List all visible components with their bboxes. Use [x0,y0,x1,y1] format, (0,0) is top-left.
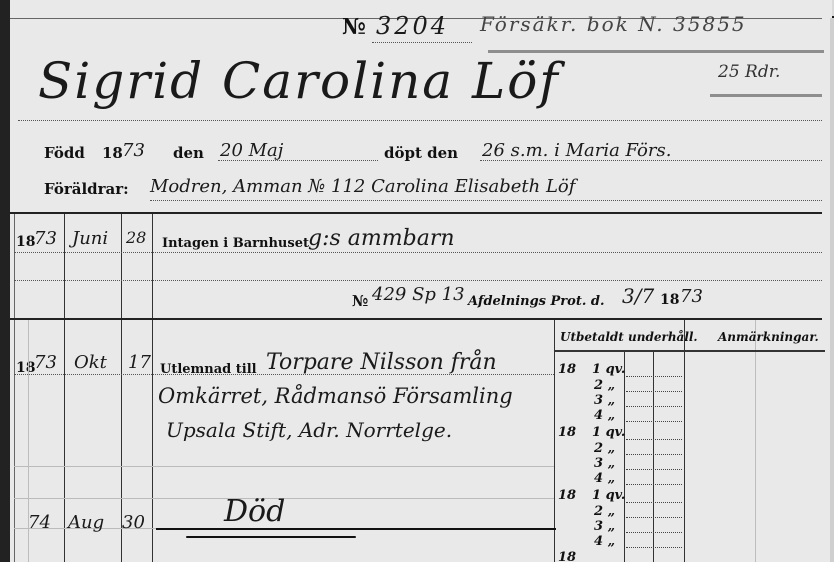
prot-date: 3/7 [622,284,654,308]
pay-year-prefix: 18 [558,425,576,440]
intake-day: 28 [126,228,146,247]
col-divider-pay-b [653,352,654,562]
born-label: Född [44,144,85,162]
quarter-label: 3 „ [594,393,615,408]
quarter-label: 4 „ [594,471,615,486]
intake-line-2 [14,280,822,281]
pay-entry-line [626,439,682,440]
placement-line-3: Upsala Stift, Adr. Norrtelge. [166,418,452,442]
placement-dotline [14,374,554,375]
parents-line [150,200,822,201]
quarter-label: 2 „ [594,504,615,519]
intake-no-value: 429 Sp 13 [372,284,465,305]
record-number-label: № [342,14,366,40]
record-number-line [372,42,472,43]
quarter-label: 2 „ [594,441,615,456]
placement-month: Okt [74,352,107,373]
col-divider-year [64,214,65,562]
pay-entry-line [626,391,682,392]
pay-entry-line [626,517,682,518]
page-right-edge [830,18,834,562]
pay-year-prefix: 18 [558,488,576,503]
born-date: 20 Maj [220,140,283,161]
quarter-label: 3 „ [594,456,615,471]
section-divider-1 [10,212,822,214]
quarter-label: 4 „ [594,408,615,423]
parents-label: Föräldrar: [44,180,129,198]
intake-value: g:s ammbarn [308,226,455,251]
col-divider-remarks [684,320,685,562]
pay-entry-line [626,421,682,422]
amount-strike [710,94,822,97]
intake-year-prefix: 18 [16,234,35,250]
child-name: Sigrid Carolina Löf [38,52,560,110]
pay-year-prefix-partial: 18 [558,550,576,562]
insurance-book-note: Försäkr. bok N. 35855 [480,12,747,36]
pay-year-prefix: 18 [558,362,576,377]
intake-year: 73 [34,228,57,249]
prot-label: Afdelnings Prot. d. [468,294,605,309]
section-divider-2 [10,318,822,320]
quarter-label: 1 qv. [592,488,625,503]
quarter-label: 4 „ [594,534,615,549]
faint-row-line-1 [14,466,554,467]
death-year: 74 [28,512,51,533]
record-number-value: 3204 [376,12,449,40]
intake-line-1 [14,252,822,253]
pay-entry-line [626,406,682,407]
baptized-value: 26 s.m. i Maria Förs. [482,140,671,161]
prot-year: 73 [680,286,703,307]
placement-line-1: Torpare Nilsson från [266,350,497,375]
amount-note: 25 Rdr. [718,62,780,82]
death-day: 30 [122,512,145,533]
quarter-label: 1 qv. [592,425,625,440]
death-value: Död [224,494,285,529]
book-spine [0,0,10,562]
intake-month: Juni [72,228,108,249]
payments-header: Utbetaldt underhåll. [560,330,698,344]
col-divider-pay-a [624,352,625,562]
prot-year-prefix: 18 [660,292,679,308]
pay-entry-line [626,502,682,503]
pay-entry-line [626,484,682,485]
intake-no-label: № [352,292,368,310]
pay-entry-line [626,547,682,548]
quarter-label: 2 „ [594,378,615,393]
placement-line-2: Omkärret, Rådmansö Församling [158,384,513,408]
born-date-line [218,160,378,161]
death-flourish [156,528,556,530]
col-divider-payments [554,320,555,562]
quarter-label: 3 „ [594,519,615,534]
col-faint-remarks [755,320,756,562]
col-left-border [14,214,15,562]
quarter-label: 1 qv. [592,362,625,377]
remarks-header: Anmärkningar. [718,330,819,344]
baptized-line [480,160,822,161]
name-line [18,120,822,121]
placement-year: 73 [34,352,57,373]
born-year: 73 [122,140,145,161]
payments-header-bottom [555,350,825,352]
parents-value: Modren, Amman № 112 Carolina Elisabeth L… [150,176,575,197]
baptized-label: döpt den [384,144,458,162]
death-month: Aug [68,512,104,533]
register-page: № 3204 Försäkr. bok N. 35855 25 Rdr. Sig… [10,0,832,562]
col-divider-day [152,214,153,562]
placement-day: 17 [128,352,151,373]
pay-entry-line [626,454,682,455]
pay-entry-line [626,469,682,470]
den-label: den [173,144,204,162]
born-year-prefix: 18 [102,144,123,162]
col-divider-month [121,214,122,562]
pay-entry-line [626,376,682,377]
intake-label: Intagen i Barnhuset [162,236,309,251]
death-underline [186,536,356,538]
pay-entry-line [626,532,682,533]
